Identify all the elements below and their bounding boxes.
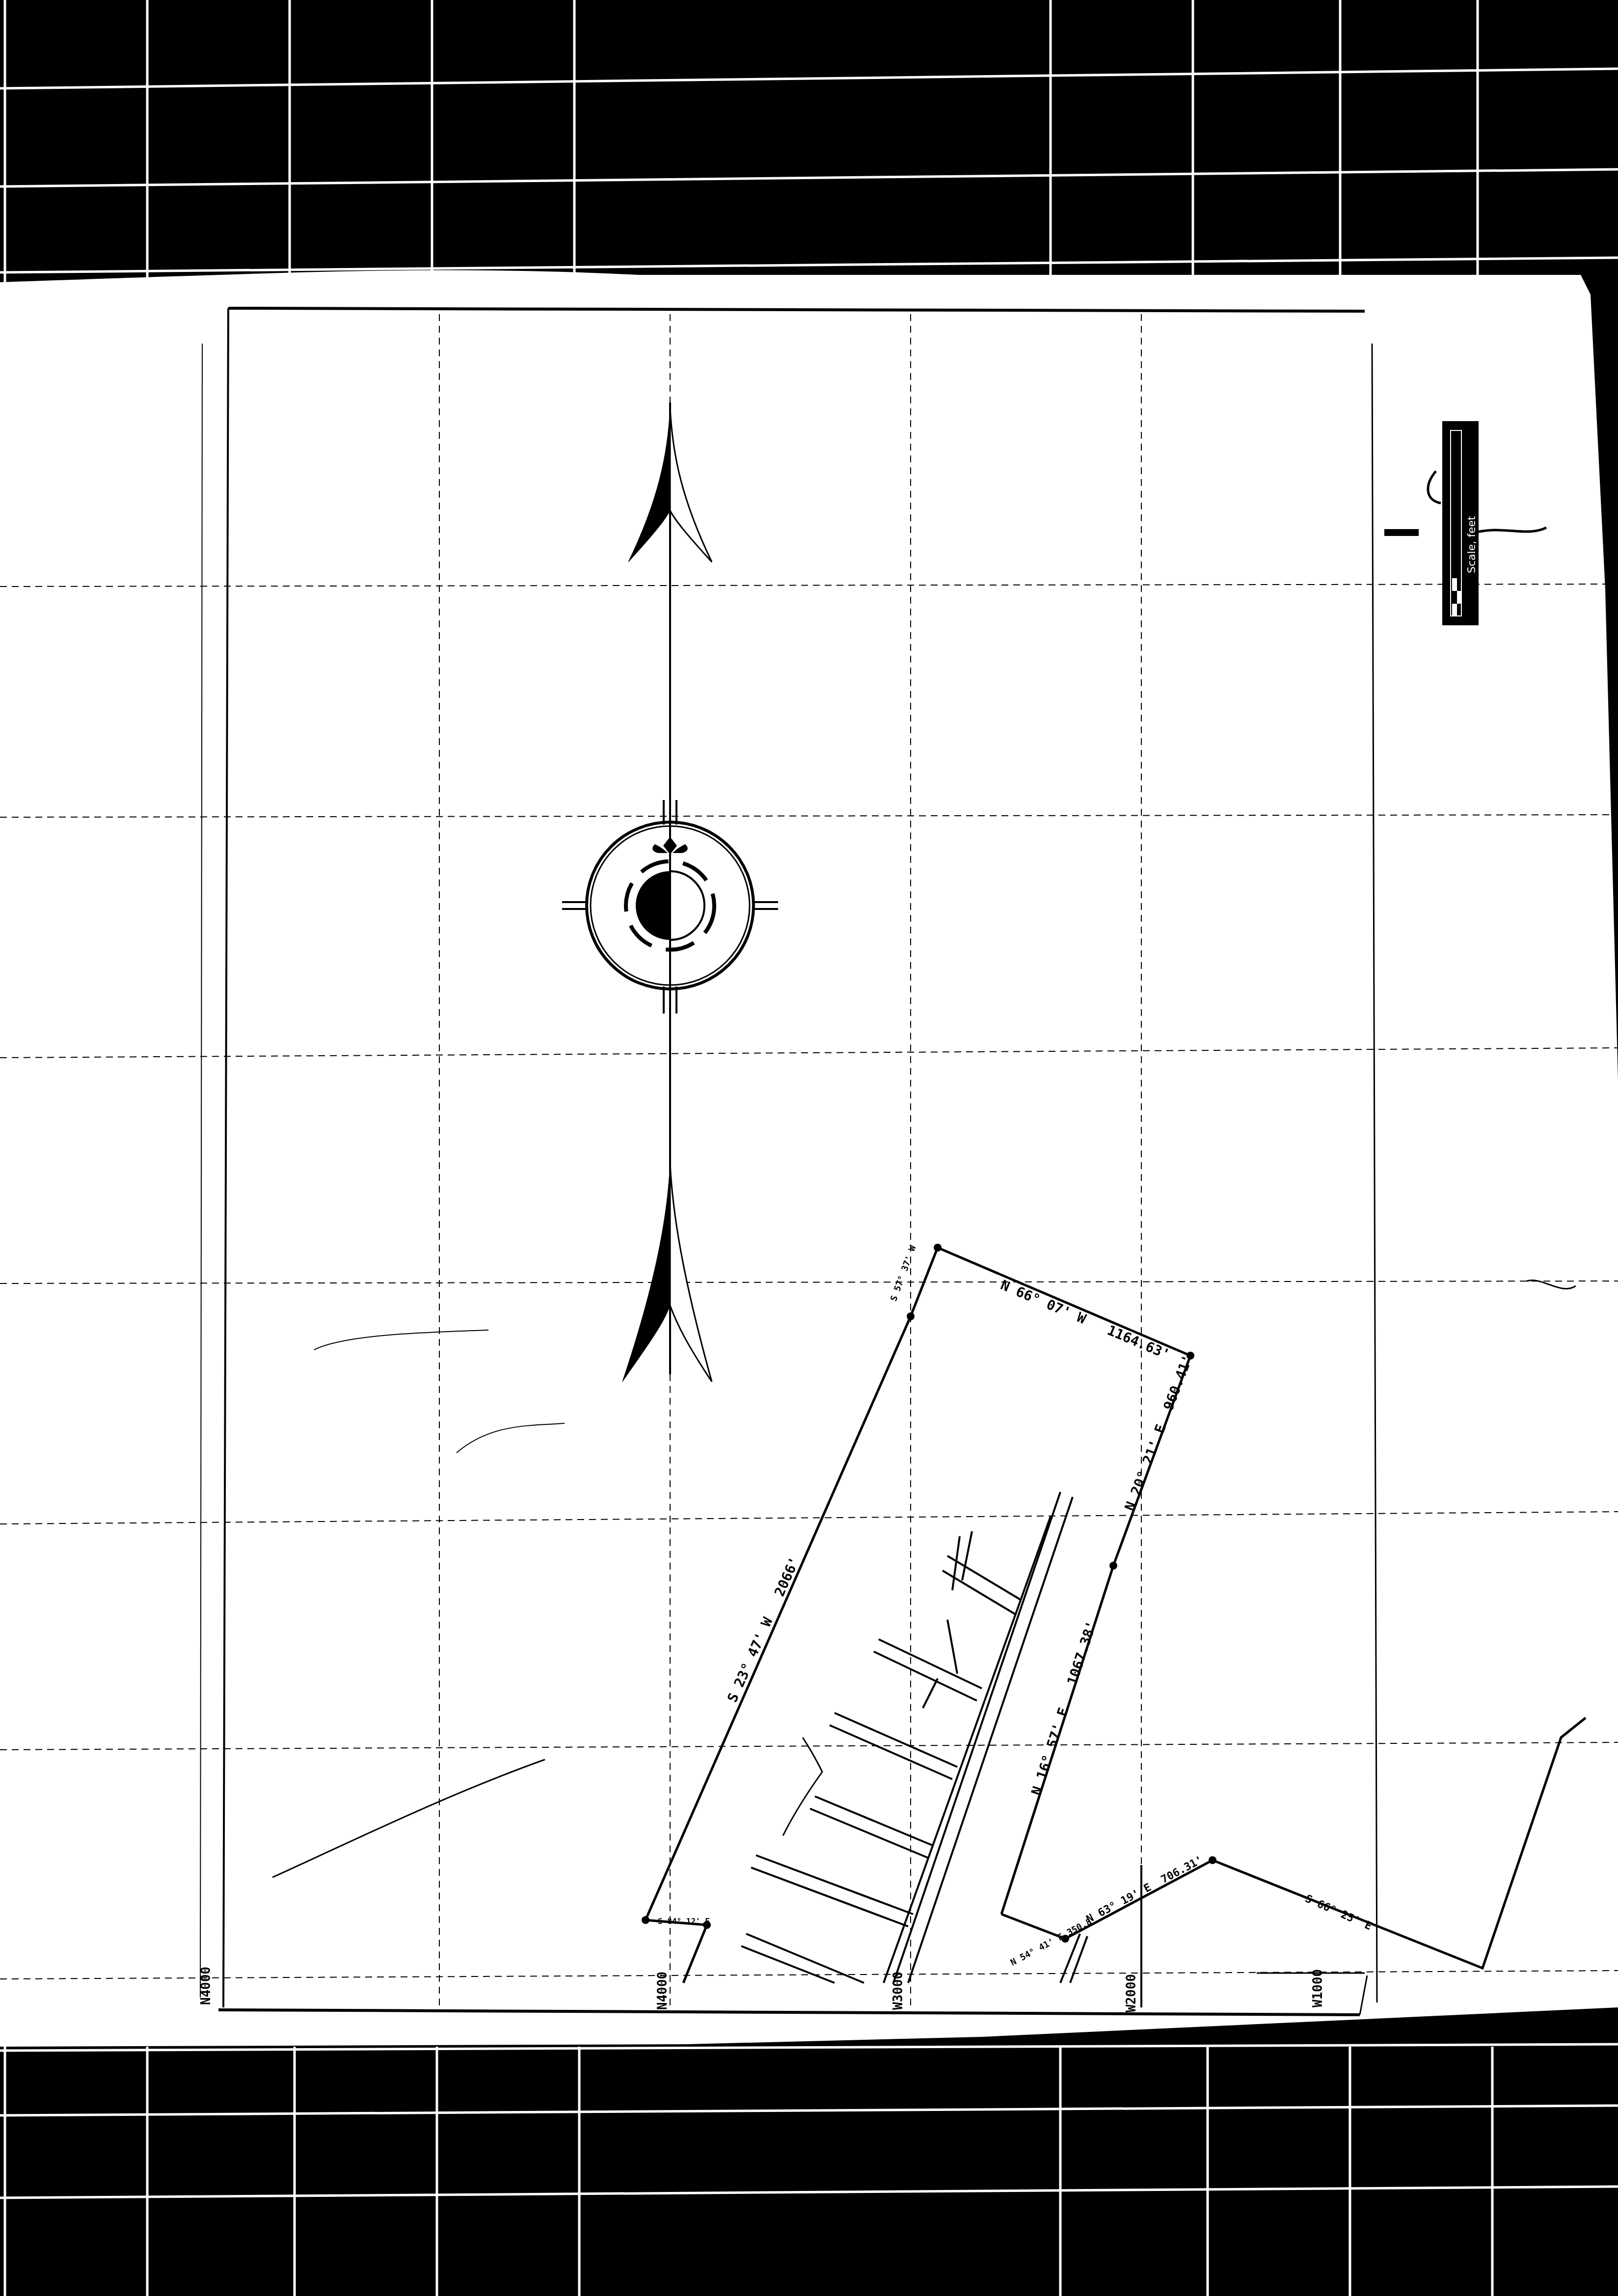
grid-label-bottom: W1000 xyxy=(1311,1969,1325,2007)
grid-label-bottom: W2000 xyxy=(1124,1974,1139,2012)
scale-check xyxy=(1452,578,1457,591)
grid-label-bottom: N4000 xyxy=(199,1967,214,2005)
scale-label: Scale, feet xyxy=(1466,516,1478,573)
numeral-1-mark xyxy=(1384,529,1419,536)
grid-label-bottom: N4000 xyxy=(655,1972,670,2010)
map-sheet xyxy=(0,0,1618,2296)
scale-check xyxy=(1457,591,1462,604)
grid-label-bottom: W3000 xyxy=(891,1972,906,2010)
scale-check xyxy=(1452,604,1457,616)
paper-sheet xyxy=(0,270,1618,2047)
boundary-label: S 84° 12' E xyxy=(658,1917,710,1926)
scale-bar: Scale, feet xyxy=(1442,421,1479,625)
